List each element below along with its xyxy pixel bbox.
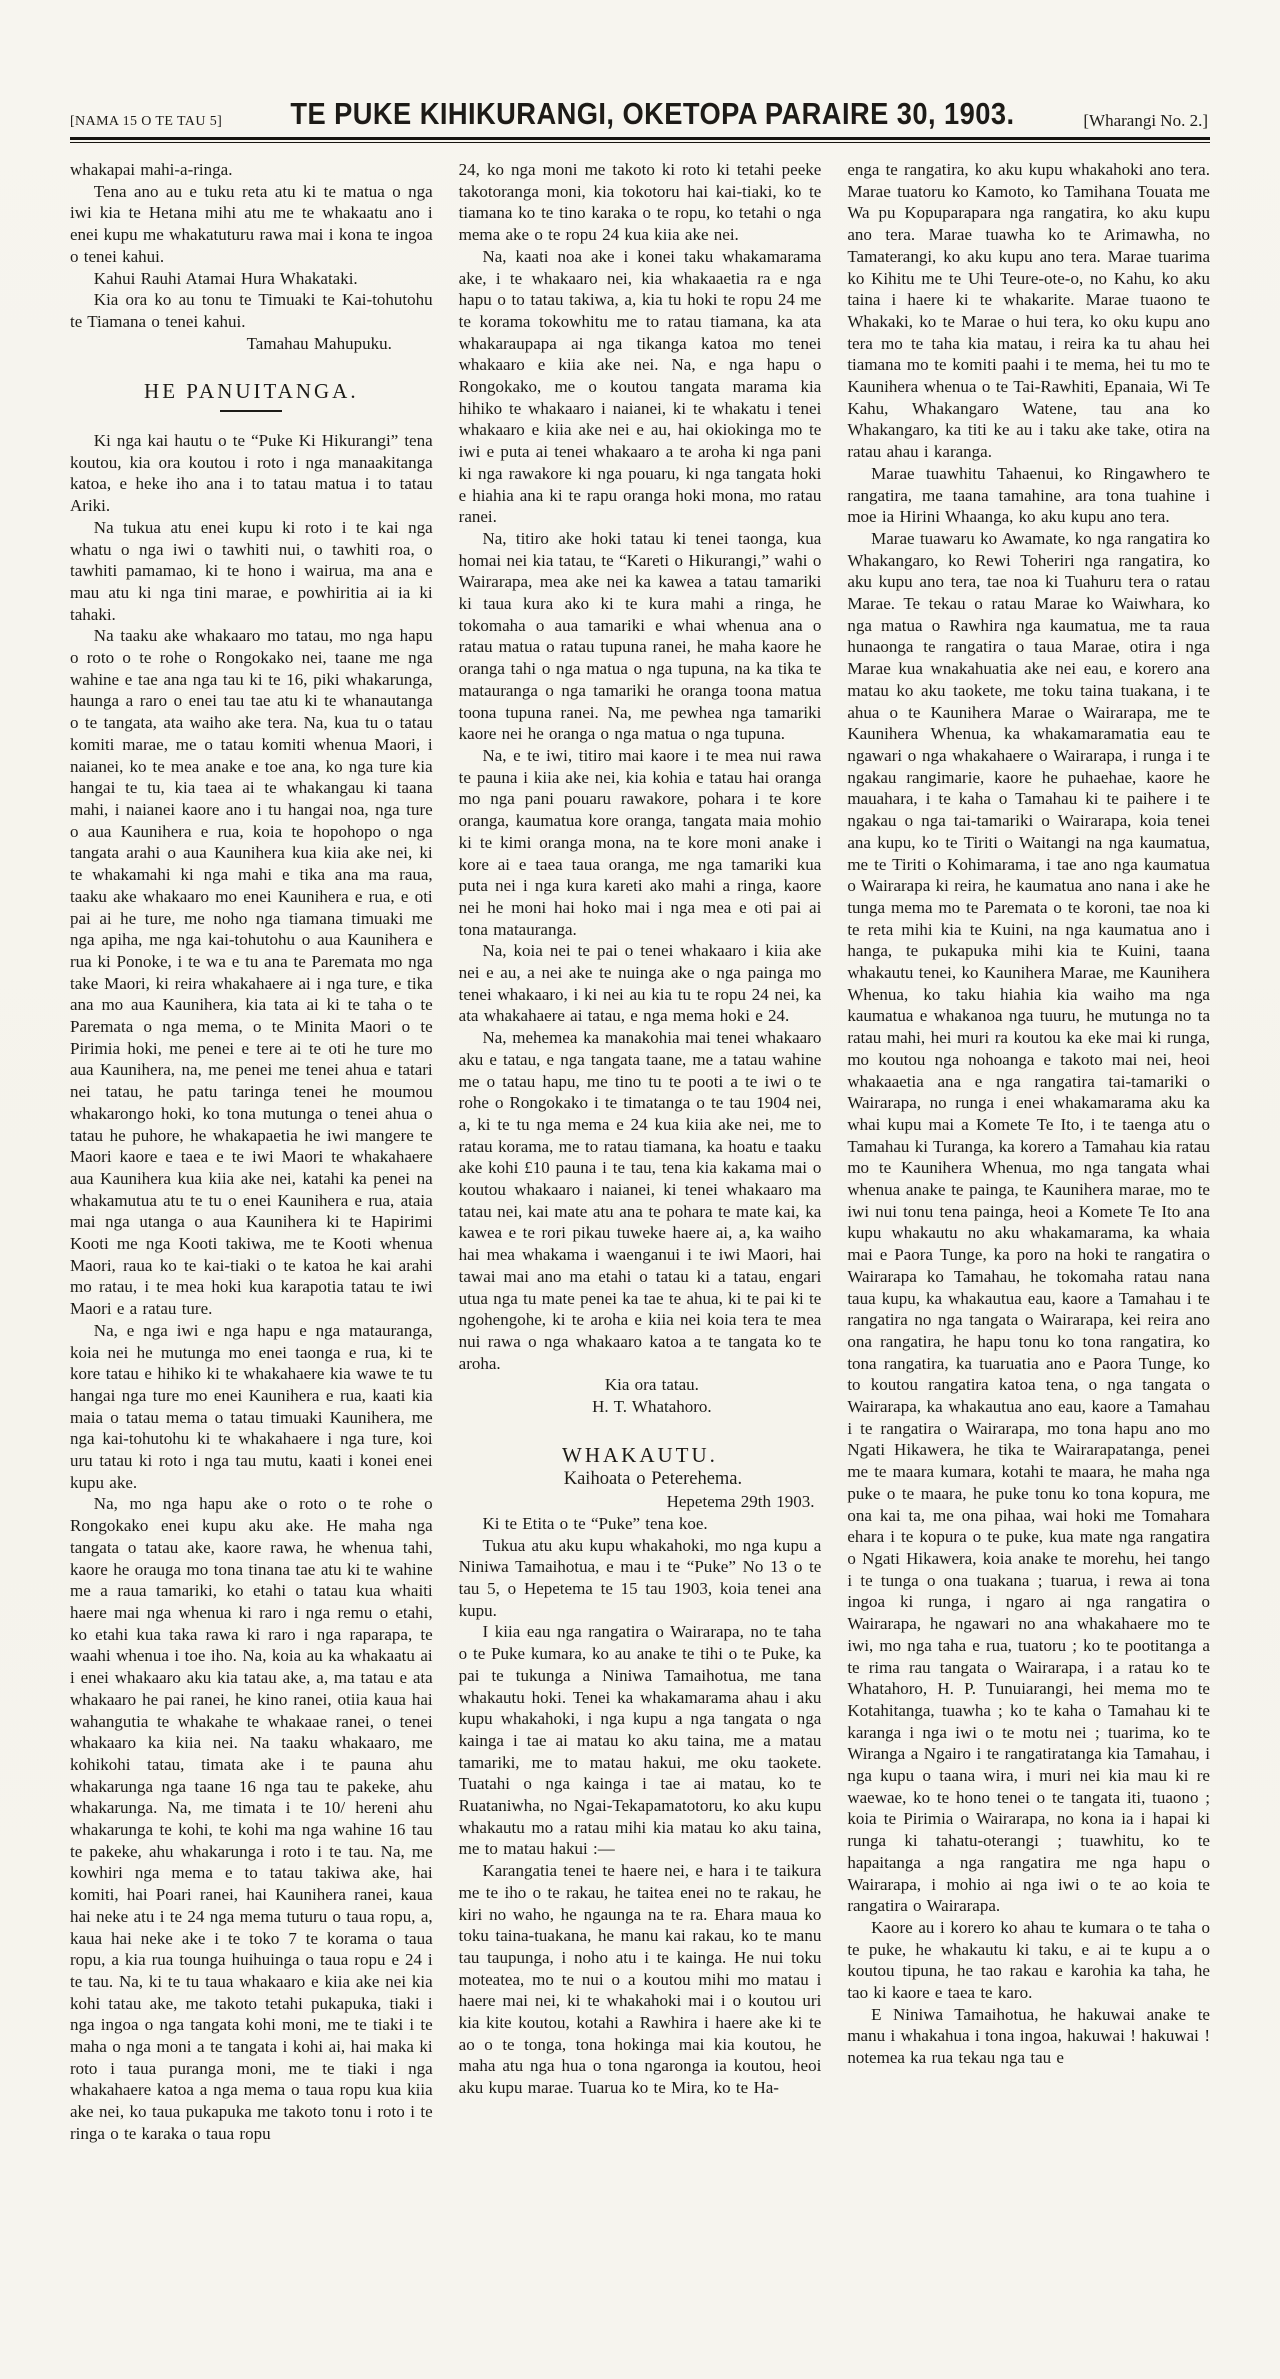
heading-rule [220, 410, 282, 412]
masthead-double-rule [70, 137, 1210, 143]
paragraph: Tena ano au e tuku reta atu ki te matua … [70, 181, 433, 268]
paragraph: E Niniwa Tamaihotua, he hakuwai anake te… [847, 2004, 1210, 2069]
paragraph: Kaore au i korero ko ahau te kumara o te… [847, 1917, 1210, 2004]
column-right: enga te rangatira, ko aku kupu whakahoki… [847, 159, 1210, 2145]
paragraph: Na, koia nei te pai o tenei whakaaro i k… [459, 940, 822, 1027]
paragraph: Kahui Rauhi Atamai Hura Whakataki. [70, 268, 433, 290]
heading-whakautu: WHAKAUTU. [459, 1445, 822, 1467]
masthead-title: TE PUKE KIHIKURANGI, OKETOPA PARAIRE 30,… [291, 96, 1015, 132]
paragraph: 24, ko nga moni me takoto ki roto ki tet… [459, 159, 822, 246]
paragraph: Na, mo nga hapu ake o roto o te rohe o R… [70, 1493, 433, 2144]
paragraph: enga te rangatira, ko aku kupu whakahoki… [847, 159, 1210, 463]
closing-kia-ora: Kia ora tatau. [459, 1374, 822, 1396]
paragraph: Marae tuawaru ko Awamate, ko nga rangati… [847, 528, 1210, 1917]
dateline: Hepetema 29th 1903. [459, 1491, 822, 1513]
paragraph: Ki te Etita o te “Puke” tena koe. [459, 1513, 822, 1535]
masthead: [NAMA 15 O TE TAU 5] TE PUKE KIHIKURANGI… [70, 0, 1208, 132]
masthead-issue-label: [NAMA 15 O TE TAU 5] [70, 114, 222, 132]
newspaper-page: [NAMA 15 O TE TAU 5] TE PUKE KIHIKURANGI… [0, 0, 1280, 2379]
article-columns: whakapai mahi-a-ringa. Tena ano au e tuk… [70, 159, 1210, 2145]
paragraph: Na, kaati noa ake i konei taku whakamara… [459, 246, 822, 528]
paragraph: I kiia eau nga rangatira o Wairarapa, no… [459, 1621, 822, 1860]
paragraph: Marae tuawhitu Tahaenui, ko Ringawhero t… [847, 463, 1210, 528]
paragraph: Na, e te iwi, titiro mai kaore i te mea … [459, 745, 822, 940]
paragraph: Tukua atu aku kupu whakahoki, mo nga kup… [459, 1535, 822, 1622]
heading-he-panuitanga: HE PANUITANGA. [70, 381, 433, 403]
column-left: whakapai mahi-a-ringa. Tena ano au e tuk… [70, 159, 433, 2145]
signature-h-t-whatahoro: H. T. Whatahoro. [459, 1396, 822, 1418]
paragraph: Na tukua atu enei kupu ki roto i te kai … [70, 517, 433, 626]
paragraph: Karangatia tenei te haere nei, e hara i … [459, 1860, 822, 2099]
paragraph: whakapai mahi-a-ringa. [70, 159, 433, 181]
byline-kaihoata-o-peterehema: Kaihoata o Peterehema. [459, 1469, 822, 1491]
signature-tamahau-mahupuku: Tamahau Mahupuku. [70, 333, 433, 355]
masthead-page-label: [Wharangi No. 2.] [1083, 111, 1208, 132]
paragraph: Na, mehemea ka manakohia mai tenei whaka… [459, 1027, 822, 1374]
paragraph: Na, e nga iwi e nga hapu e nga mataurang… [70, 1320, 433, 1494]
paragraph: Kia ora ko au tonu te Timuaki te Kai-toh… [70, 289, 433, 332]
paragraph: Na, titiro ake hoki tatau ki tenei taong… [459, 528, 822, 745]
paragraph: Ki nga kai hautu o te “Puke Ki Hikurangi… [70, 430, 433, 517]
paragraph: Na taaku ake whakaaro mo tatau, mo nga h… [70, 625, 433, 1320]
column-middle: 24, ko nga moni me takoto ki roto ki tet… [459, 159, 822, 2145]
